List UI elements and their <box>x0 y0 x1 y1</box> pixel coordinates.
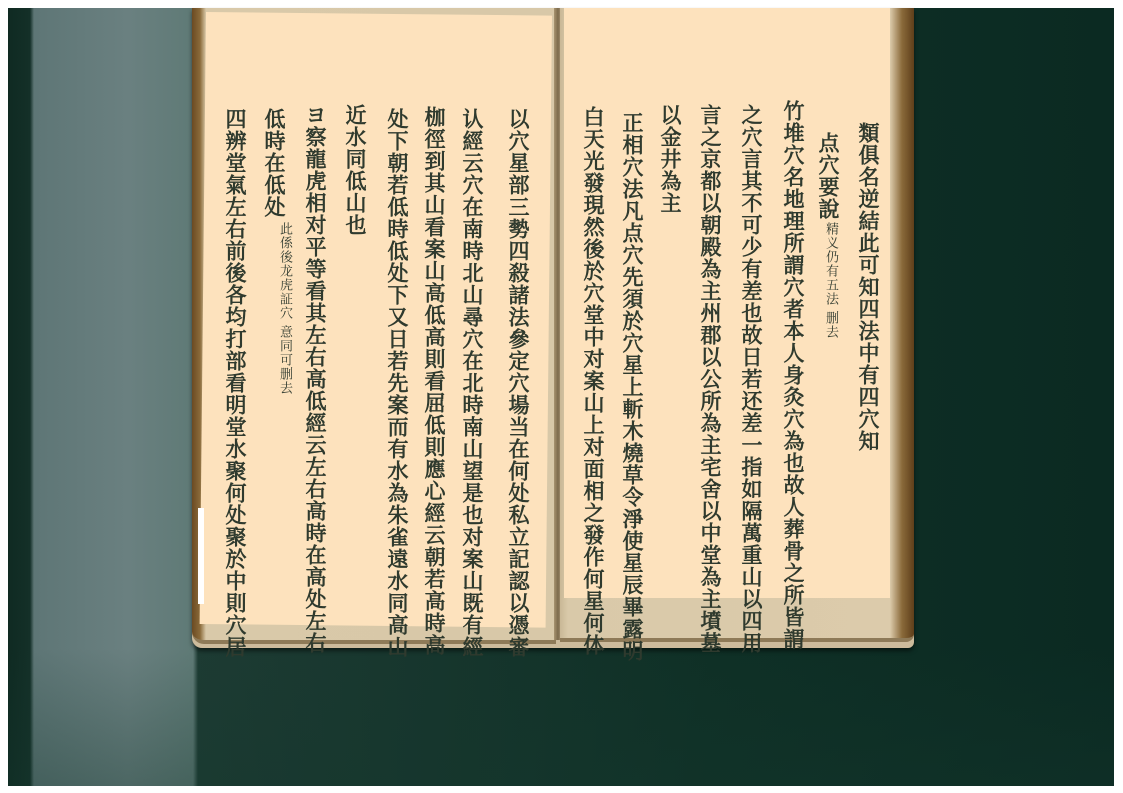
scan-artifact <box>198 508 204 604</box>
left-page-column-1: 以穴星部三勢四殺諸法參定穴場当在何处私立記認以憑審 <box>508 108 529 658</box>
left-page-column-6: ヨ察龍虎相对平等看其左右高低經云左右高時在高处左右 <box>305 104 326 654</box>
left-page-column-3: 枷徑到其山看案山高低高則看屈低則應心經云朝若高時高 <box>424 106 445 656</box>
right-page-column-8: 正相穴法凡点穴先須於穴星上斬木燒草令淨使星辰畢露明 <box>622 112 643 662</box>
left-page-column-4: 处下朝若低時低处下又日若先案而有水為朱雀遠水同高山 <box>387 108 408 658</box>
right-page-column-4: 竹堆穴名地理所謂穴者本人身灸穴為也故人葬骨之所皆謂 <box>783 100 804 650</box>
left-page-column-9: 四辨堂氣左右前後各均打部看明堂水聚何处聚於中則穴居 <box>225 108 246 658</box>
right-page-column-5: 之穴言其不可少有差也故日若还差一指如隔萬重山以四用 <box>741 104 762 654</box>
open-book <box>8 8 1114 786</box>
right-page-annotation: 精义仍有五法 删去 <box>824 222 837 339</box>
right-page-column-7: 以金井為主 <box>660 104 681 214</box>
right-page-paper <box>564 8 890 598</box>
left-page-annotation: 此係後龙虎証穴 意同可删去 <box>278 222 291 395</box>
left-page-column-5: 近水同低山也 <box>345 104 366 236</box>
right-page-heading: 点穴要說 <box>818 132 839 220</box>
right-page-column-6: 言之京都以朝殿為主州郡以公所為主宅舍以中堂為主墳墓 <box>700 104 721 654</box>
right-page-column-9: 白天光發現然後於穴堂中对案山上对面相之發作何星何体 <box>583 106 604 656</box>
left-page-column-2: 认經云穴在南時北山尋穴在北時南山望是也对案山既有經 <box>462 108 483 658</box>
left-page-paper <box>200 12 552 628</box>
right-page-column-1: 類俱名逆結此可知四法中有四穴知 <box>858 122 879 452</box>
left-page-column-7: 低時在低处 <box>264 108 285 218</box>
